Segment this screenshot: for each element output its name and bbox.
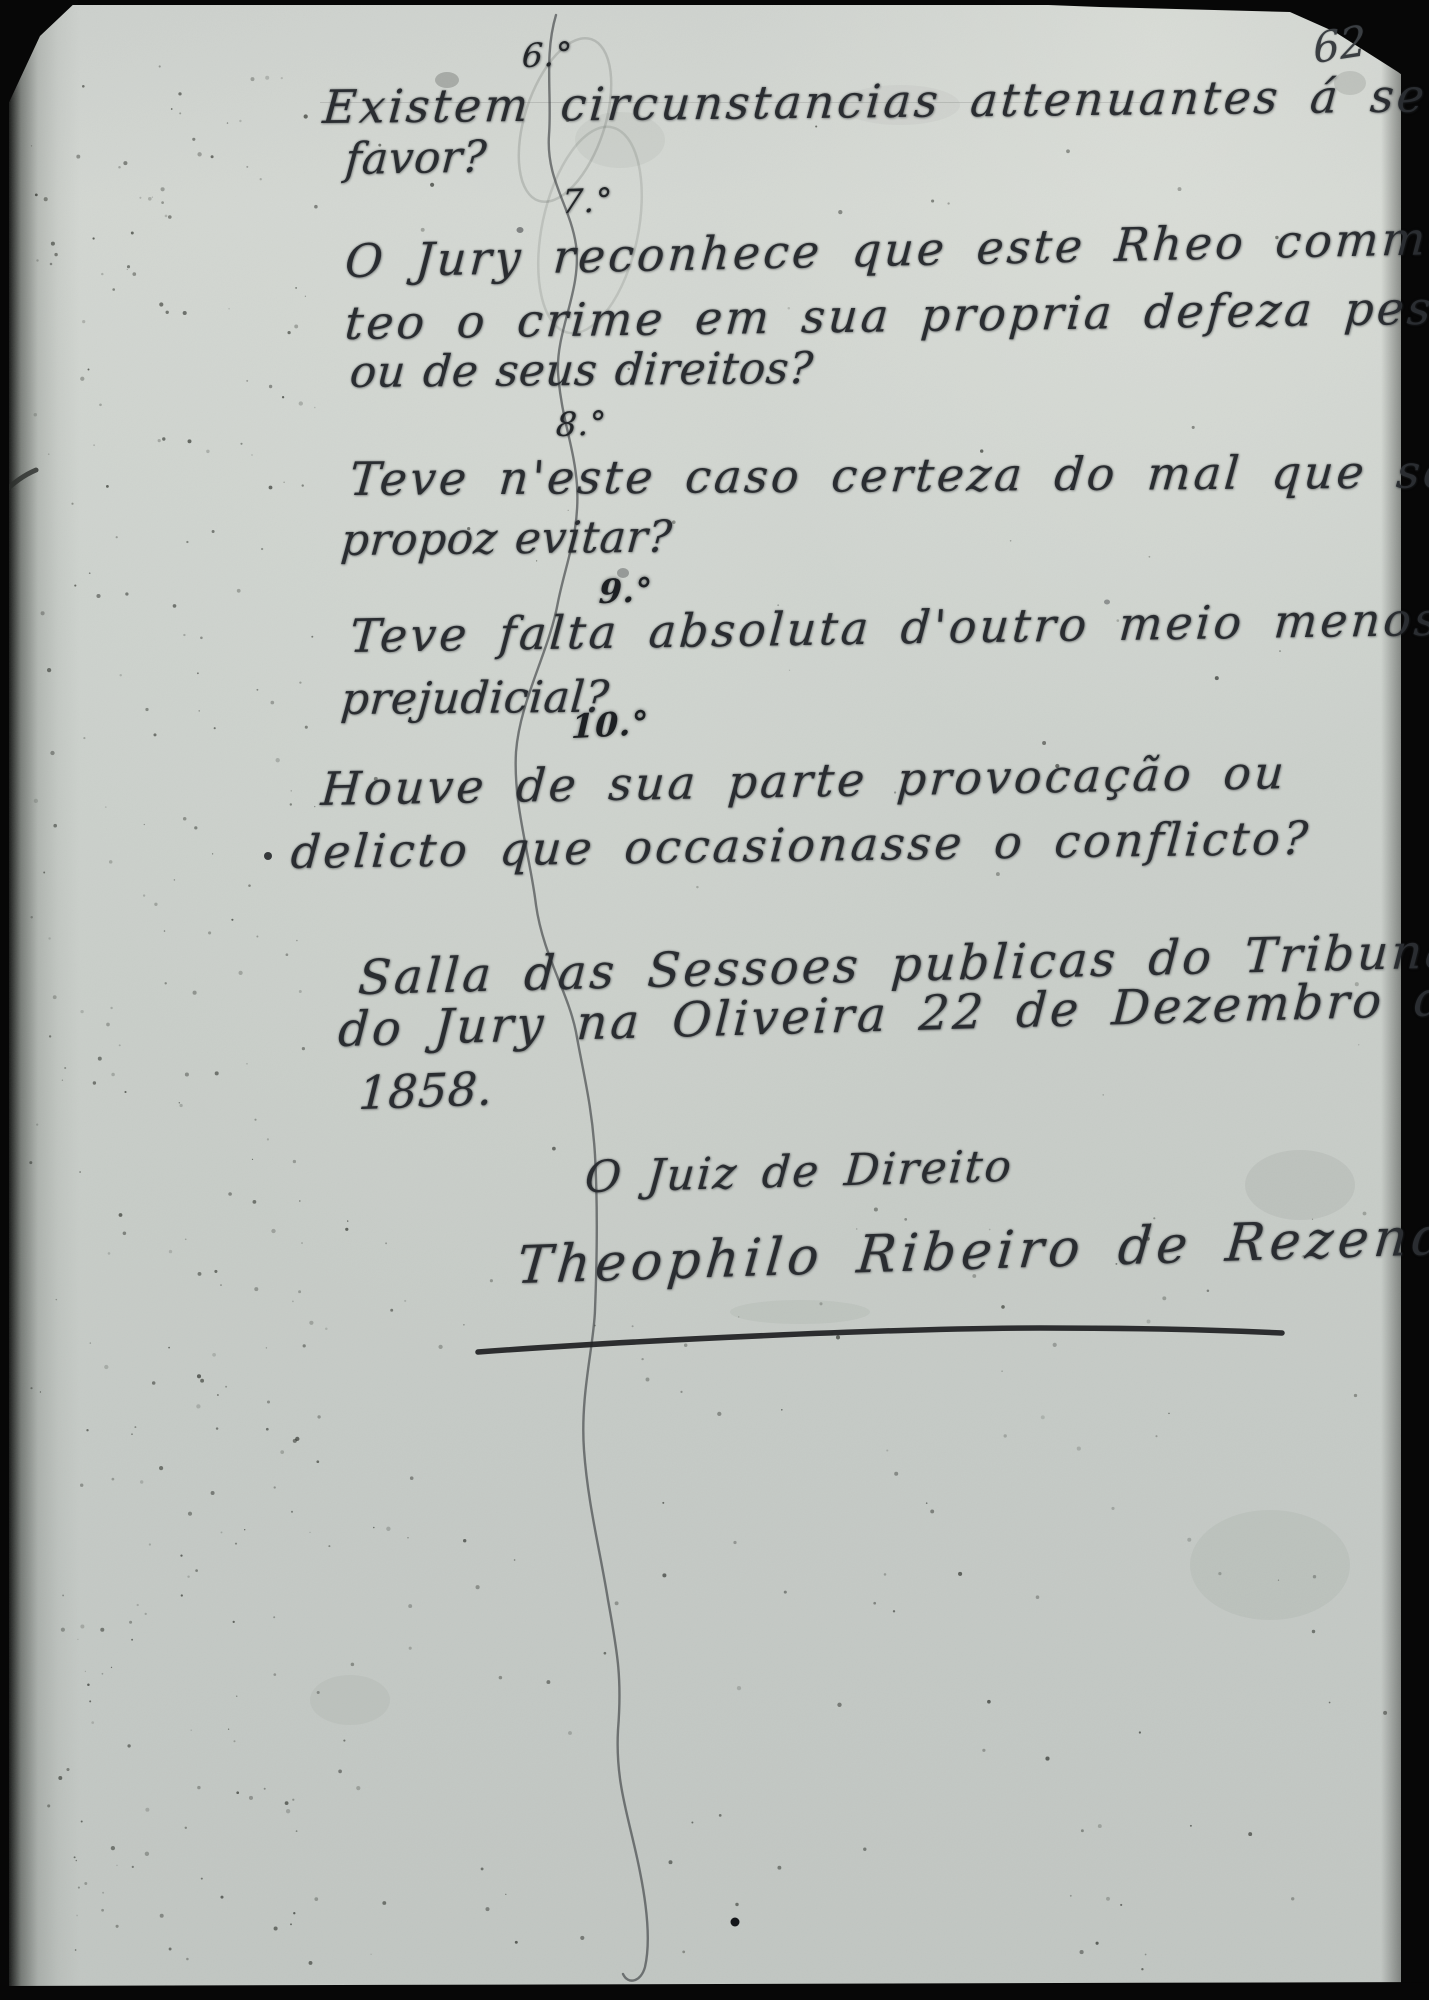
closing-line-3: 1858.: [357, 1061, 494, 1120]
question-7-line-3: ou de seus direitos?: [348, 343, 815, 398]
question-7-line-2: teo o crime em sua propria defeza pessoa…: [343, 279, 1429, 350]
signature-name: Theophilo Ribeiro de Rezende: [515, 1206, 1429, 1297]
question-6-line-2: favor?: [343, 132, 488, 186]
question-10-line-2: delicto que occasionasse o conflicto?: [289, 811, 1313, 879]
handwritten-text: 62 6.° Existem circunstancias attenuante…: [0, 0, 1429, 2000]
question-8-line-1: Teve n'este caso certeza do mal que se: [348, 444, 1429, 506]
question-8-line-2: propoz evitar?: [339, 512, 674, 567]
question-10-number: 10.°: [571, 703, 650, 746]
question-9-line-2: prejudicial?: [339, 672, 611, 725]
question-6-line-1: Existem circunstancias attenuantes á seu: [321, 68, 1429, 134]
signature-role: O Juiz de Direito: [583, 1141, 1015, 1203]
question-7-line-1: O Jury reconhece que este Rheo commet=: [343, 209, 1429, 288]
question-8-number: 8.°: [555, 403, 608, 444]
page-number: 62: [1312, 16, 1367, 74]
question-6-number: 6.°: [521, 34, 574, 75]
question-9-line-1: Teve falta absoluta d'outro meio menos: [348, 592, 1429, 663]
manuscript-scan: 62 6.° Existem circunstancias attenuante…: [0, 0, 1429, 2000]
question-7-number: 7.°: [561, 180, 614, 221]
question-10-line-1: Houve de sua parte provocação ou: [319, 745, 1288, 816]
